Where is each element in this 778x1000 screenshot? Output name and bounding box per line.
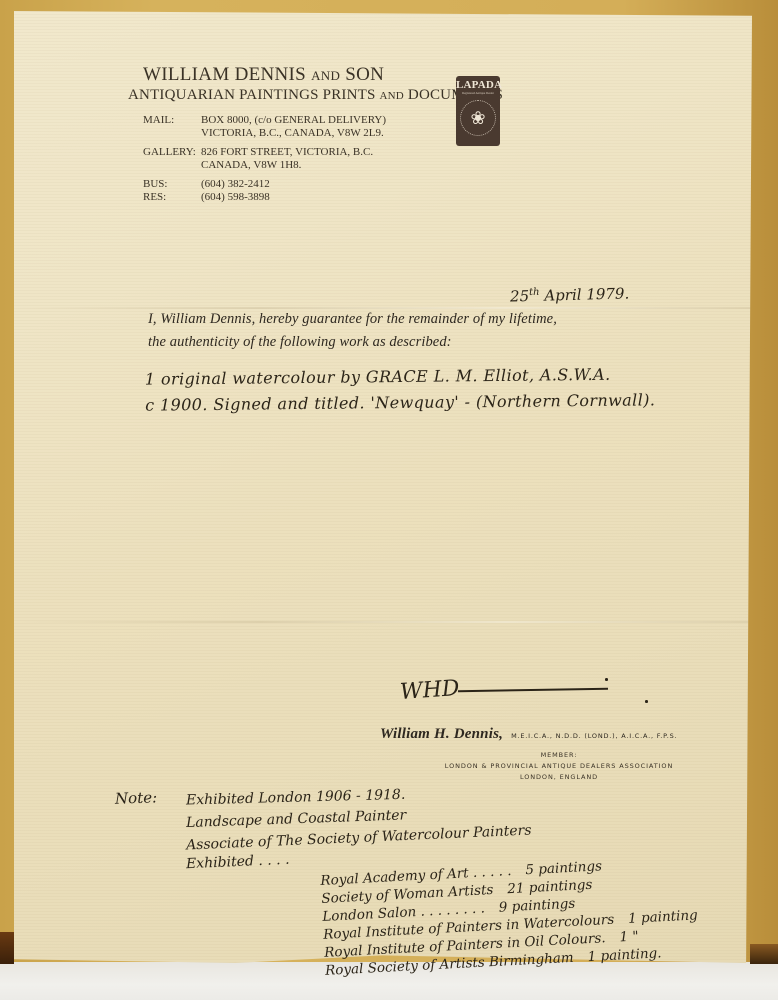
letter-date: 25th April 1979. bbox=[510, 284, 630, 305]
gallery-address: GALLERY: 826 FORT STREET, VICTORIA, B.C. bbox=[143, 146, 503, 159]
mail-address: MAIL: BOX 8000, (c/o GENERAL DELIVERY) bbox=[143, 114, 503, 127]
signature-dot bbox=[605, 678, 608, 681]
note-label: Note: bbox=[115, 788, 158, 807]
guarantee-line-1: I, William Dennis, hereby guarantee for … bbox=[148, 308, 557, 331]
res-label: RES: bbox=[143, 191, 201, 204]
membership-block: MEMBER: LONDON & PROVINCIAL ANTIQUE DEAL… bbox=[414, 750, 704, 783]
business-tagline: ANTIQUARIAN PAINTINGS PRINTS AND DOCUMEN… bbox=[128, 87, 503, 104]
business-name: WILLIAM DENNIS AND SON bbox=[143, 64, 503, 86]
date-rest: April 1979. bbox=[539, 284, 629, 304]
business-phone: BUS: (604) 382-2412 bbox=[143, 178, 503, 191]
work-line-2: c 1900. Signed and titled. 'Newquay' - (… bbox=[145, 387, 655, 418]
mail-line-1: BOX 8000, (c/o GENERAL DELIVERY) bbox=[201, 114, 386, 127]
res-phone-number: (604) 598-3898 bbox=[201, 191, 270, 204]
lapada-title: LAPADA bbox=[456, 79, 500, 91]
gallery-address-2: CANADA, V8W 1H8. bbox=[143, 159, 503, 172]
gallery-line-1: 826 FORT STREET, VICTORIA, B.C. bbox=[201, 146, 373, 159]
frame-edge-right bbox=[750, 944, 778, 964]
guarantee-statement: I, William Dennis, hereby guarantee for … bbox=[148, 308, 557, 354]
signer-block: William H. Dennis, M.E.I.C.A., N.D.D. (L… bbox=[380, 726, 677, 743]
exhibition-list: Royal Academy of Art . . . . .5 painting… bbox=[320, 852, 700, 979]
member-label: MEMBER: bbox=[414, 750, 704, 761]
association-location: LONDON, ENGLAND bbox=[414, 772, 704, 783]
exhibition-count: 1 painting bbox=[628, 906, 699, 928]
frame-edge-left bbox=[0, 932, 14, 964]
tagline-main: ANTIQUARIAN PAINTINGS PRINTS bbox=[128, 87, 376, 103]
eagle-crest-icon: ❀ bbox=[460, 100, 496, 136]
bus-label: BUS: bbox=[143, 178, 201, 191]
mail-line-2: VICTORIA, B.C., CANADA, V8W 2L9. bbox=[201, 127, 384, 140]
signer-qualifications: M.E.I.C.A., N.D.D. (LOND.), A.I.C.A., F.… bbox=[511, 732, 677, 740]
date-suffix: th bbox=[529, 287, 540, 298]
contact-block: MAIL: BOX 8000, (c/o GENERAL DELIVERY) V… bbox=[143, 114, 503, 204]
association-name: LONDON & PROVINCIAL ANTIQUE DEALERS ASSO… bbox=[414, 761, 704, 772]
letterhead: WILLIAM DENNIS AND SON ANTIQUARIAN PAINT… bbox=[128, 64, 503, 204]
guarantee-line-2: the authenticity of the following work a… bbox=[148, 331, 557, 354]
handwritten-signature: WHD bbox=[399, 676, 460, 705]
bus-phone-number: (604) 382-2412 bbox=[201, 178, 270, 191]
lapada-badge: LAPADA Registered Antique Dealer ❀ bbox=[456, 76, 500, 146]
gallery-label: GALLERY: bbox=[143, 146, 201, 159]
mail-label: MAIL: bbox=[143, 114, 201, 127]
business-name-and: AND bbox=[311, 68, 340, 83]
paper-fold bbox=[14, 621, 752, 623]
gallery-line-2: CANADA, V8W 1H8. bbox=[201, 159, 301, 172]
tagline-and: AND bbox=[380, 90, 404, 102]
mail-address-2: VICTORIA, B.C., CANADA, V8W 2L9. bbox=[143, 127, 503, 140]
date-day: 25 bbox=[510, 287, 530, 305]
exhibition-count: 1 " bbox=[619, 927, 639, 946]
signer-name: William H. Dennis, bbox=[380, 726, 503, 743]
note-lines: Exhibited London 1906 - 1918. Landscape … bbox=[186, 786, 532, 849]
lapada-subtitle: Registered Antique Dealer bbox=[456, 91, 500, 95]
business-name-son: SON bbox=[345, 64, 384, 85]
work-description: 1 original watercolour by GRACE L. M. El… bbox=[145, 361, 656, 418]
signature-dot bbox=[645, 700, 648, 703]
exhibition-count: 1 painting. bbox=[587, 944, 662, 966]
business-name-main: WILLIAM DENNIS bbox=[143, 64, 306, 85]
residence-phone: RES: (604) 598-3898 bbox=[143, 191, 503, 204]
